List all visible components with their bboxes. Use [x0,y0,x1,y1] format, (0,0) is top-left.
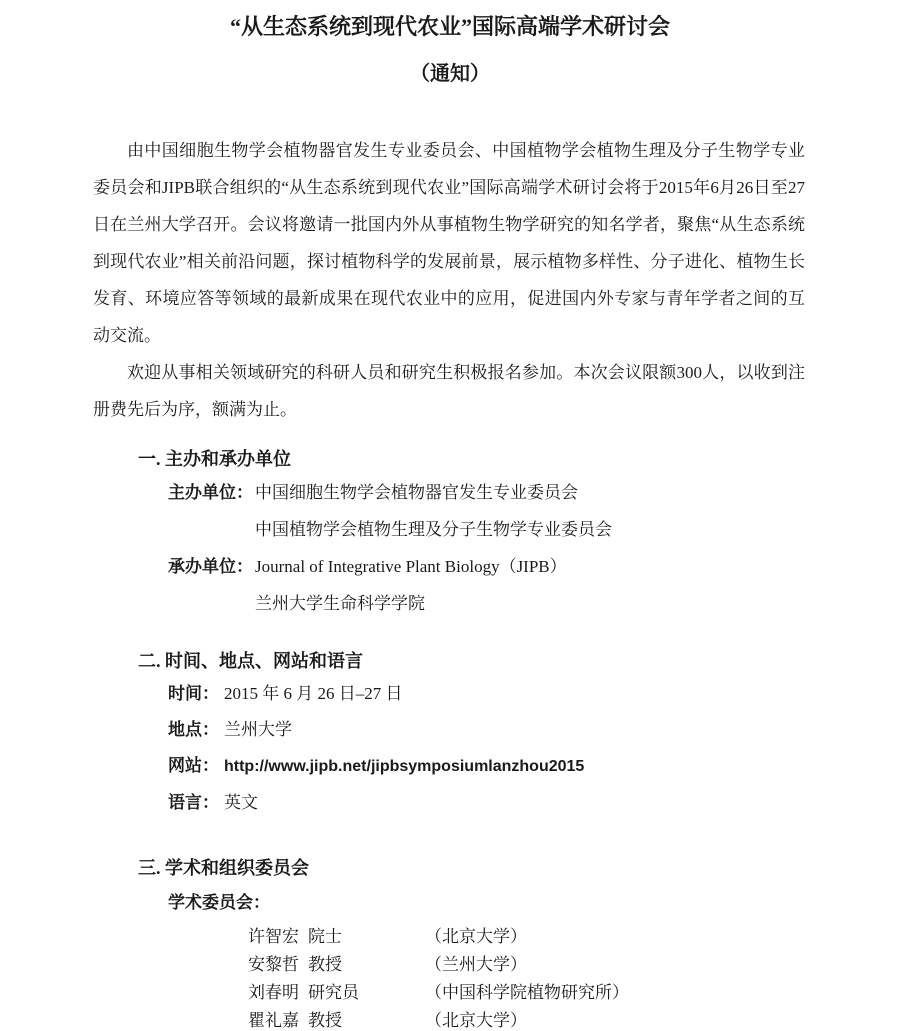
organizer-unit-value-2: 兰州大学生命科学学院 [255,585,805,622]
document-page: “从生态系统到现代农业”国际高端学术研讨会 （通知） 由中国细胞生物学会植物器官… [0,0,900,1031]
organizer-unit-label: 承办单位： [168,548,255,622]
section-hosts-heading: 一. 主办和承办单位 [138,446,805,472]
section-committee: 三. 学术和组织委员会 学术委员会： 许智宏院士 （北京大学） 安黎哲教授 （兰… [93,855,805,1031]
member-name: 瞿礼嘉 [248,1011,299,1030]
website-label: 网站： [168,756,219,775]
member-affiliation: （中国科学院植物研究所） [425,979,629,1007]
location-row: 地点：兰州大学 [168,712,805,748]
committee-member-row: 刘春明研究员 （中国科学院植物研究所） [248,979,805,1007]
section-logistics: 二. 时间、地点、网站和语言 时间：2015 年 6 月 26 日–27 日 地… [93,648,805,821]
member-title: 教授 [308,955,342,974]
location-label: 地点： [168,720,219,739]
website-url: http://www.jipb.net/jipbsymposiumlanzhou… [224,758,584,775]
member-name: 安黎哲 [248,955,299,974]
committee-member-list: 许智宏院士 （北京大学） 安黎哲教授 （兰州大学） 刘春明研究员 （中国科学院植… [248,923,805,1031]
member-title: 研究员 [308,983,359,1002]
host-unit-value-1: 中国细胞生物学会植物器官发生专业委员会 [255,474,805,511]
language-value: 英文 [224,793,258,812]
section-logistics-heading: 二. 时间、地点、网站和语言 [138,648,805,674]
member-affiliation: （兰州大学） [425,951,527,979]
committee-member-row: 许智宏院士 （北京大学） [248,923,805,951]
member-title: 院士 [308,927,342,946]
organizer-unit-row: 承办单位： Journal of Integrative Plant Biolo… [168,548,805,622]
organizer-unit-values: Journal of Integrative Plant Biology（JIP… [255,548,805,622]
registration-paragraph: 欢迎从事相关领域研究的科研人员和研究生积极报名参加。本次会议限额300人，以收到… [93,354,805,428]
section-committee-heading: 三. 学术和组织委员会 [138,855,805,881]
member-name: 许智宏 [248,927,299,946]
organizer-unit-value-1: Journal of Integrative Plant Biology（JIP… [255,548,805,585]
committee-member-row: 瞿礼嘉教授 （北京大学） [248,1007,805,1031]
website-row: 网站：http://www.jipb.net/jipbsymposiumlanz… [168,748,805,785]
member-title: 教授 [308,1011,342,1030]
intro-paragraph: 由中国细胞生物学会植物器官发生专业委员会、中国植物学会植物生理及分子生物学专业委… [93,132,805,354]
time-row: 时间：2015 年 6 月 26 日–27 日 [168,676,805,712]
member-name: 刘春明 [248,983,299,1002]
document-title: “从生态系统到现代农业”国际高端学术研讨会 [0,0,900,42]
host-unit-values: 中国细胞生物学会植物器官发生专业委员会 中国植物学会植物生理及分子生物学专业委员… [255,474,805,548]
member-affiliation: （北京大学） [425,1007,527,1031]
member-affiliation: （北京大学） [425,923,527,951]
host-unit-row: 主办单位： 中国细胞生物学会植物器官发生专业委员会 中国植物学会植物生理及分子生… [168,474,805,548]
time-value: 2015 年 6 月 26 日–27 日 [224,684,403,703]
host-unit-label: 主办单位： [168,474,255,548]
host-unit-value-2: 中国植物学会植物生理及分子生物学专业委员会 [255,511,805,548]
document-subtitle: （通知） [0,60,900,88]
section-hosts: 一. 主办和承办单位 主办单位： 中国细胞生物学会植物器官发生专业委员会 中国植… [93,446,805,622]
document-body: 由中国细胞生物学会植物器官发生专业委员会、中国植物学会植物生理及分子生物学专业委… [93,132,805,1031]
academic-committee-label: 学术委员会： [168,891,805,915]
location-value: 兰州大学 [224,720,292,739]
language-row: 语言：英文 [168,785,805,821]
language-label: 语言： [168,793,219,812]
time-label: 时间： [168,684,219,703]
committee-member-row: 安黎哲教授 （兰州大学） [248,951,805,979]
